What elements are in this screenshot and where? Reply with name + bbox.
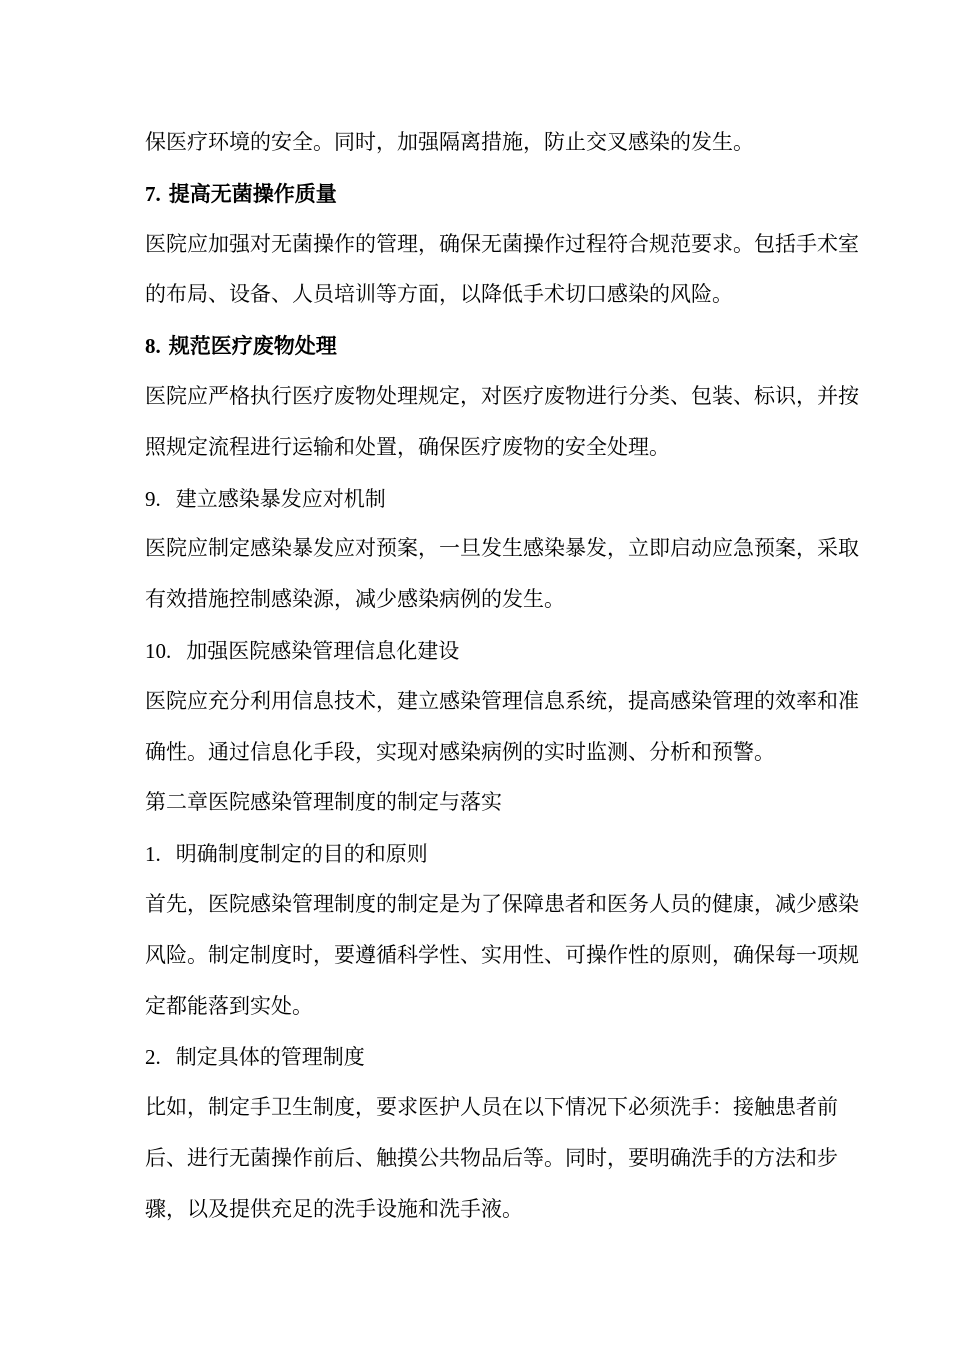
heading-number: 1. [145,842,161,866]
section-heading-7: 7.提高无菌操作质量 [145,169,845,220]
body-line: 医院应加强对无菌操作的管理，确保无菌操作过程符合规范要求。包括手术室 [145,220,845,271]
body-line: 定都能落到实处。 [145,982,845,1033]
document-page: 保医疗环境的安全。同时，加强隔离措施，防止交叉感染的发生。 7.提高无菌操作质量… [0,0,967,1365]
heading-title: 加强医院感染管理信息化建设 [186,640,459,663]
heading-number: 7. [145,182,161,206]
heading-title: 明确制度制定的目的和原则 [176,843,428,866]
section-heading-9: 9.建立感染暴发应对机制 [145,474,845,525]
body-line: 首先，医院感染管理制度的制定是为了保障患者和医务人员的健康，减少感染 [145,880,845,931]
section-heading-1: 1.明确制度制定的目的和原则 [145,829,845,880]
heading-number: 2. [145,1045,161,1069]
body-line: 医院应严格执行医疗废物处理规定，对医疗废物进行分类、包装、标识，并按 [145,372,845,423]
heading-number: 9. [145,487,161,511]
body-line: 照规定流程进行运输和处置，确保医疗废物的安全处理。 [145,423,845,474]
heading-number: 10. [145,639,171,663]
body-line: 医院应制定感染暴发应对预案，一旦发生感染暴发，立即启动应急预案，采取 [145,524,845,575]
heading-title: 建立感染暴发应对机制 [176,488,386,511]
body-line: 风险。制定制度时，要遵循科学性、实用性、可操作性的原则，确保每一项规 [145,931,845,982]
section-heading-8: 8.规范医疗废物处理 [145,321,845,372]
heading-title: 制定具体的管理制度 [176,1046,365,1069]
body-line: 确性。通过信息化手段，实现对感染病例的实时监测、分析和预警。 [145,728,845,779]
body-line: 骤，以及提供充足的洗手设施和洗手液。 [145,1185,845,1236]
section-heading-2: 2.制定具体的管理制度 [145,1032,845,1083]
heading-number: 8. [145,334,161,358]
body-line: 保医疗环境的安全。同时，加强隔离措施，防止交叉感染的发生。 [145,118,845,169]
document-text-block: 保医疗环境的安全。同时，加强隔离措施，防止交叉感染的发生。 7.提高无菌操作质量… [145,118,845,1236]
body-line: 有效措施控制感染源，减少感染病例的发生。 [145,575,845,626]
body-line: 比如，制定手卫生制度，要求医护人员在以下情况下必须洗手：接触患者前 [145,1083,845,1134]
chapter-heading: 第二章医院感染管理制度的制定与落实 [145,778,845,829]
body-line: 的布局、设备、人员培训等方面，以降低手术切口感染的风险。 [145,270,845,321]
body-line: 医院应充分利用信息技术，建立感染管理信息系统，提高感染管理的效率和准 [145,677,845,728]
heading-title: 规范医疗废物处理 [169,335,337,358]
section-heading-10: 10.加强医院感染管理信息化建设 [145,626,845,677]
body-line: 后、进行无菌操作前后、触摸公共物品后等。同时，要明确洗手的方法和步 [145,1134,845,1185]
heading-title: 提高无菌操作质量 [169,183,337,206]
